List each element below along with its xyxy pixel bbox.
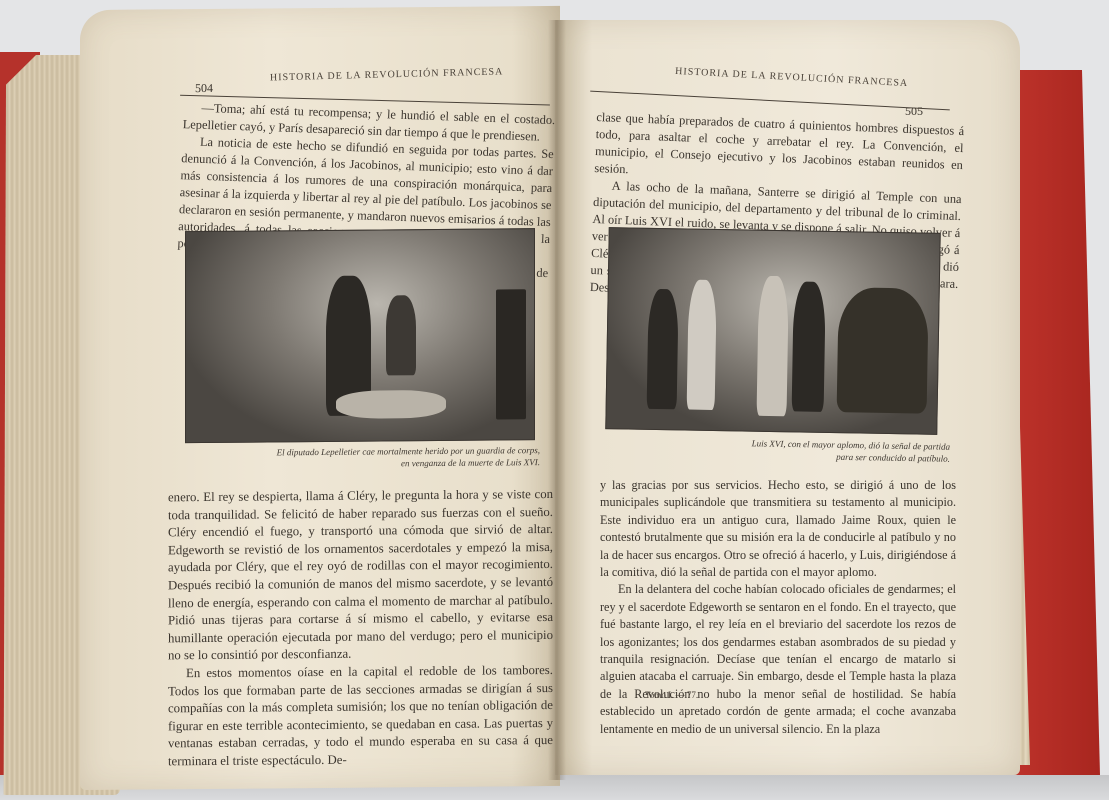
figure-crowd	[837, 287, 929, 414]
paragraph: En la delantera del coche habían colocad…	[600, 581, 956, 738]
right-page: HISTORIA DE LA REVOLUCIÓN FRANCESA 505 c…	[555, 20, 1020, 775]
paragraph: enero. El rey se despierta, llama á Clér…	[168, 486, 553, 665]
figure-king	[757, 276, 789, 417]
left-page: 504 HISTORIA DE LA REVOLUCIÓN FRANCESA —…	[80, 6, 560, 790]
book-gutter	[548, 20, 566, 780]
running-head: HISTORIA DE LA REVOLUCIÓN FRANCESA	[270, 66, 503, 83]
figure-priest	[792, 281, 826, 412]
illustration-louis-xvi	[605, 227, 940, 435]
figure-fallen	[336, 390, 446, 419]
running-head: HISTORIA DE LA REVOLUCIÓN FRANCESA	[675, 66, 909, 89]
paragraph: y las gracias por sus servicios. Hecho e…	[600, 477, 956, 581]
illustration-lepelletier	[185, 228, 535, 443]
volume-signature: Tomo I. — 77.	[645, 690, 698, 700]
figure-guard	[647, 289, 679, 410]
figure-group	[386, 295, 416, 375]
paragraph: En estos momentos oíase en la capital el…	[168, 662, 553, 771]
illustration-caption: Luis XVI, con el mayor aplomo, dió la se…	[635, 435, 950, 464]
header-rule	[590, 91, 950, 111]
figure-soldier	[687, 280, 717, 410]
illustration-caption: El diputado Lepelletier cae mortalmente …	[240, 444, 540, 471]
page-number: 504	[195, 81, 213, 96]
chair	[496, 289, 526, 419]
body-text-bottom: enero. El rey se despierta, llama á Clér…	[168, 486, 553, 771]
